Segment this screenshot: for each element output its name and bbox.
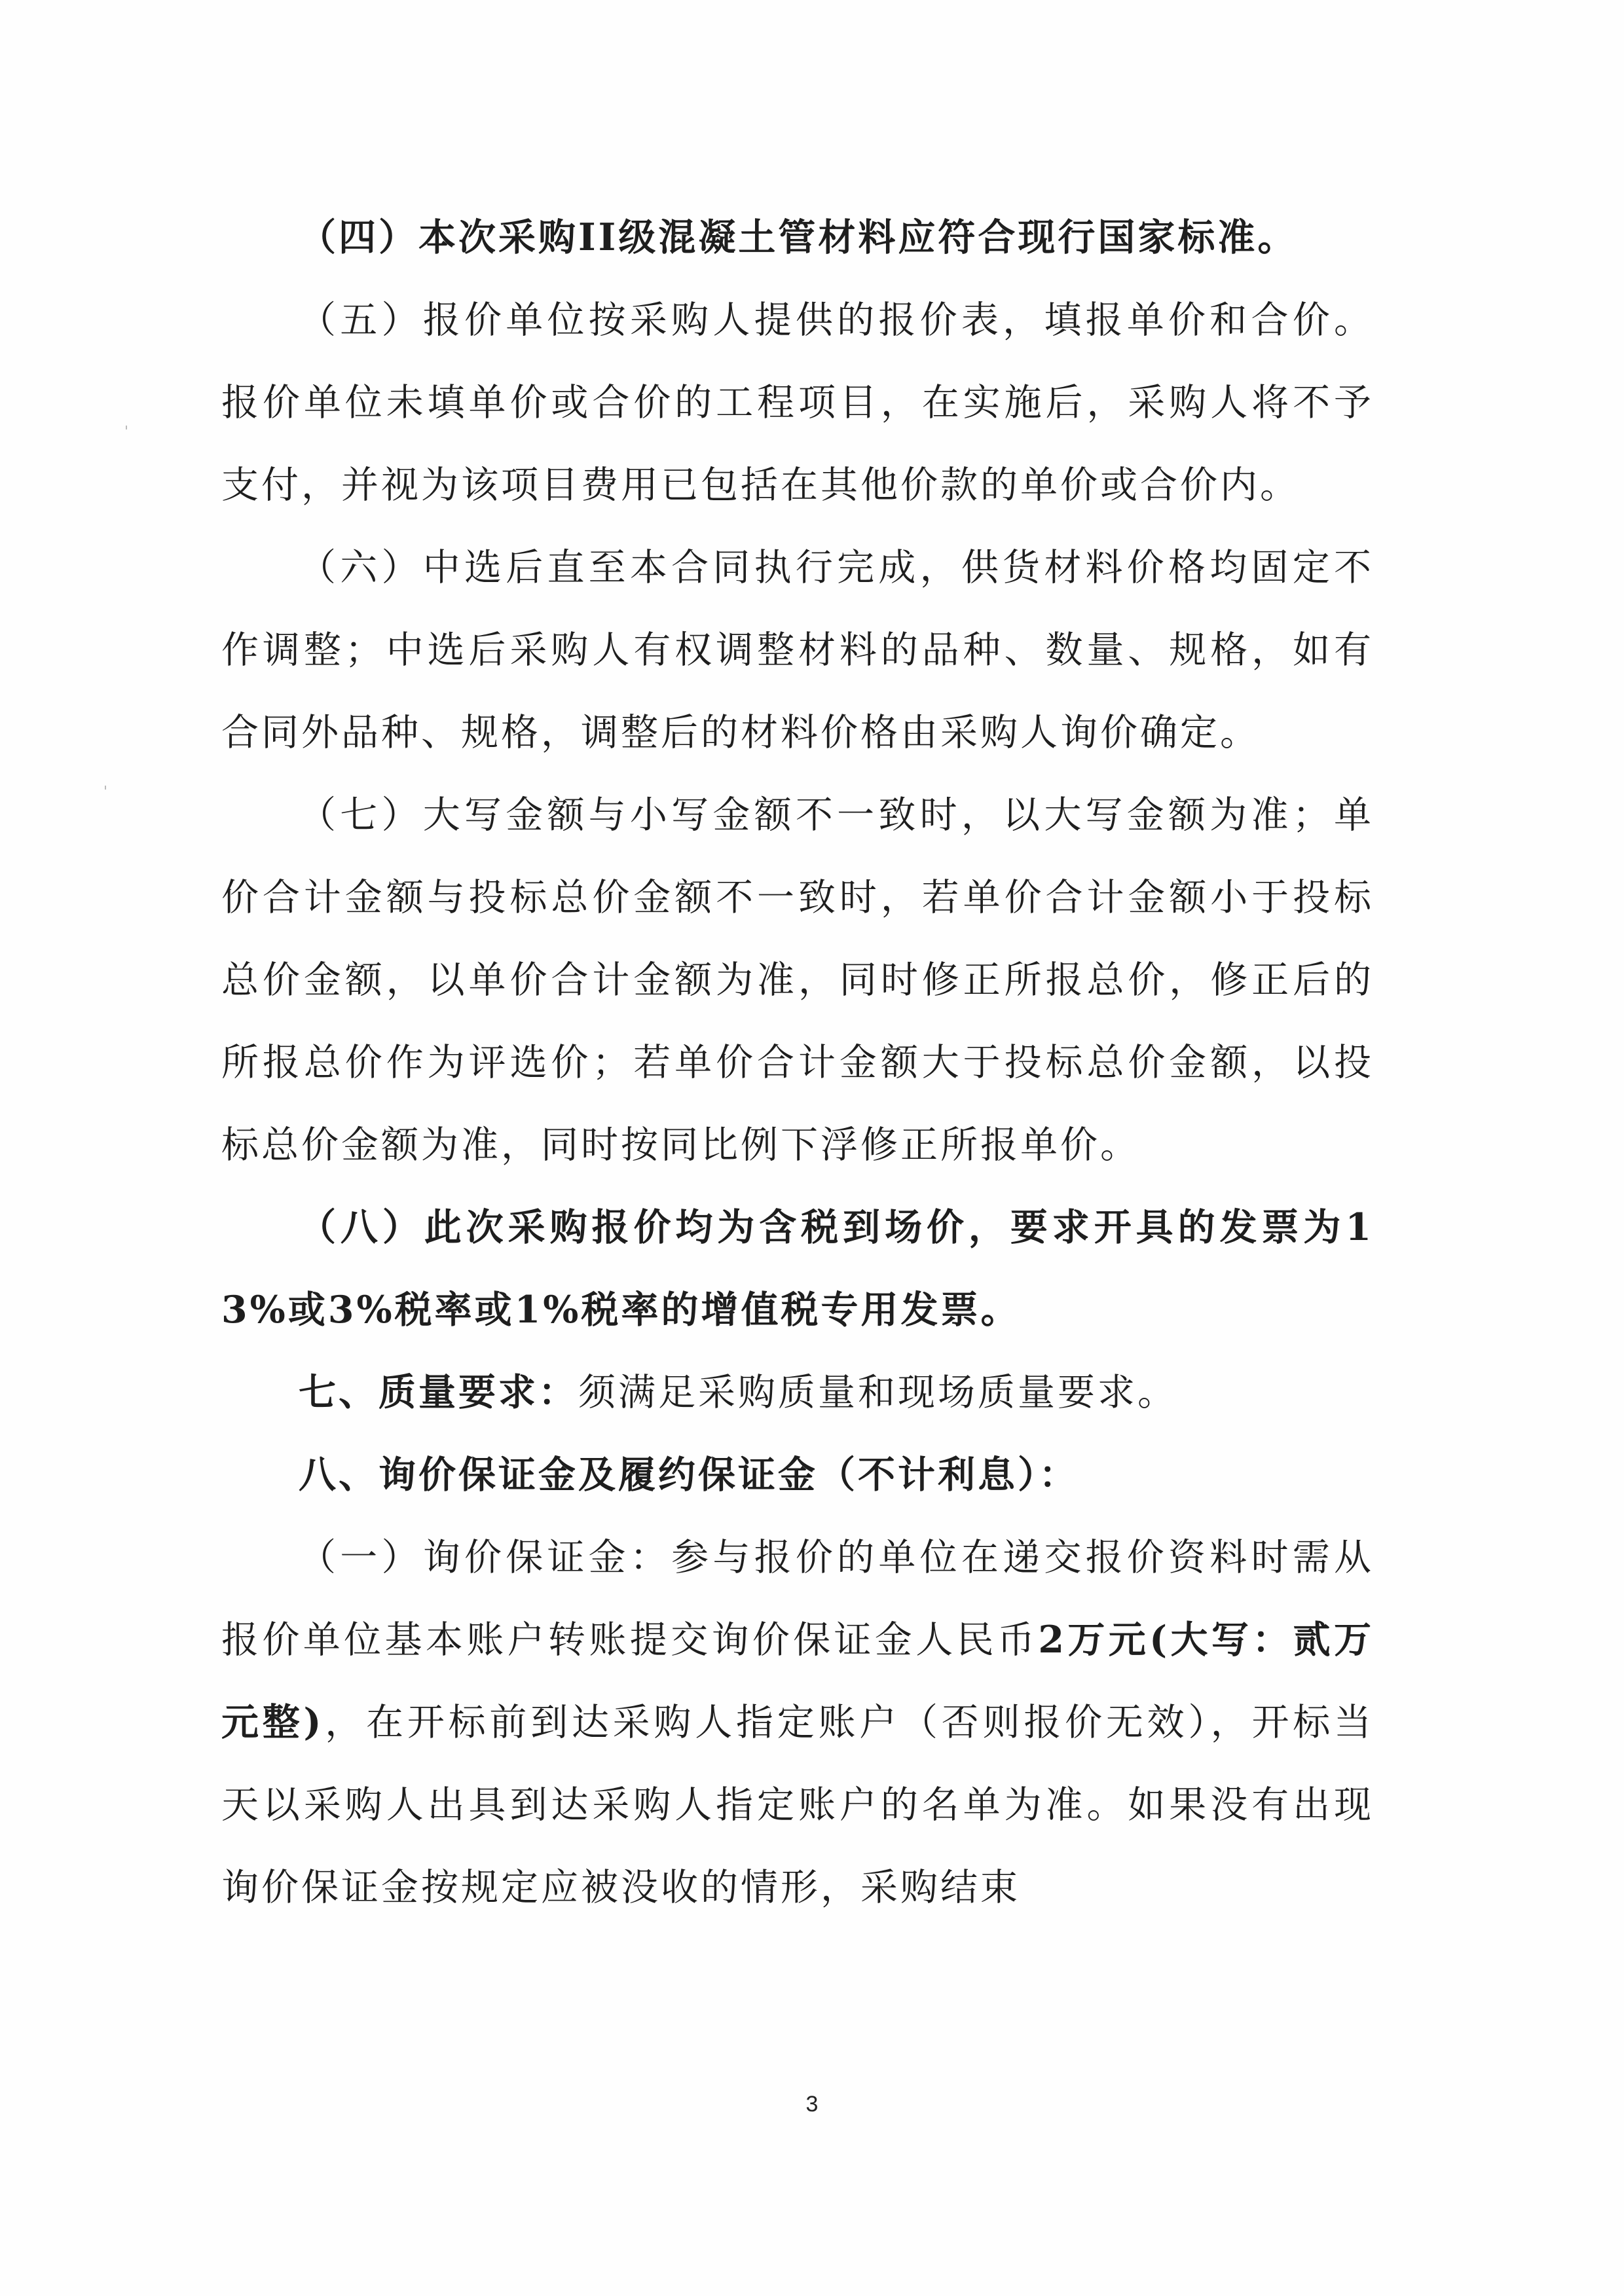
paragraph-item-4: （四）本次采购II级混凝土管材料应符合现行国家标准。 <box>221 196 1374 279</box>
section-7-quality-requirements: 七、质量要求：须满足采购质量和现场质量要求。 <box>221 1351 1374 1434</box>
paragraph-item-5: （五）报价单位按采购人提供的报价表，填报单价和合价。报价单位未填单价或合价的工程… <box>221 279 1374 526</box>
sub-1-label: （一）询价保证金： <box>299 1536 671 1579</box>
sub-1-text-part-2: ，在开标前到达采购人指定账户（否则报价无效），开标当天以采购人出具到达采购人指定… <box>221 1701 1374 1909</box>
paragraph-item-6: （六）中选后直至本合同执行完成，供货材料价格均固定不作调整；中选后采购人有权调整… <box>221 526 1374 774</box>
section-8-sub-1: （一）询价保证金：参与报价的单位在递交报价资料时需从报价单位基本账户转账提交询价… <box>221 1516 1374 1929</box>
document-body: （四）本次采购II级混凝土管材料应符合现行国家标准。 （五）报价单位按采购人提供… <box>221 196 1374 1929</box>
scan-artifact <box>126 426 127 429</box>
paragraph-item-7: （七）大写金额与小写金额不一致时，以大写金额为准；单价合计金额与投标总价金额不一… <box>221 774 1374 1186</box>
section-7-body: 须满足采购质量和现场质量要求。 <box>578 1371 1177 1414</box>
document-page: （四）本次采购II级混凝土管材料应符合现行国家标准。 （五）报价单位按采购人提供… <box>0 0 1624 2296</box>
section-8-heading: 八、询价保证金及履约保证金（不计利息）： <box>221 1434 1374 1516</box>
section-7-heading: 七、质量要求： <box>299 1370 578 1414</box>
paragraph-item-8: （八）此次采购报价均为含税到场价，要求开具的发票为13%或3%税率或1%税率的增… <box>221 1186 1374 1351</box>
scan-artifact <box>105 786 106 790</box>
page-number: 3 <box>0 2092 1624 2117</box>
